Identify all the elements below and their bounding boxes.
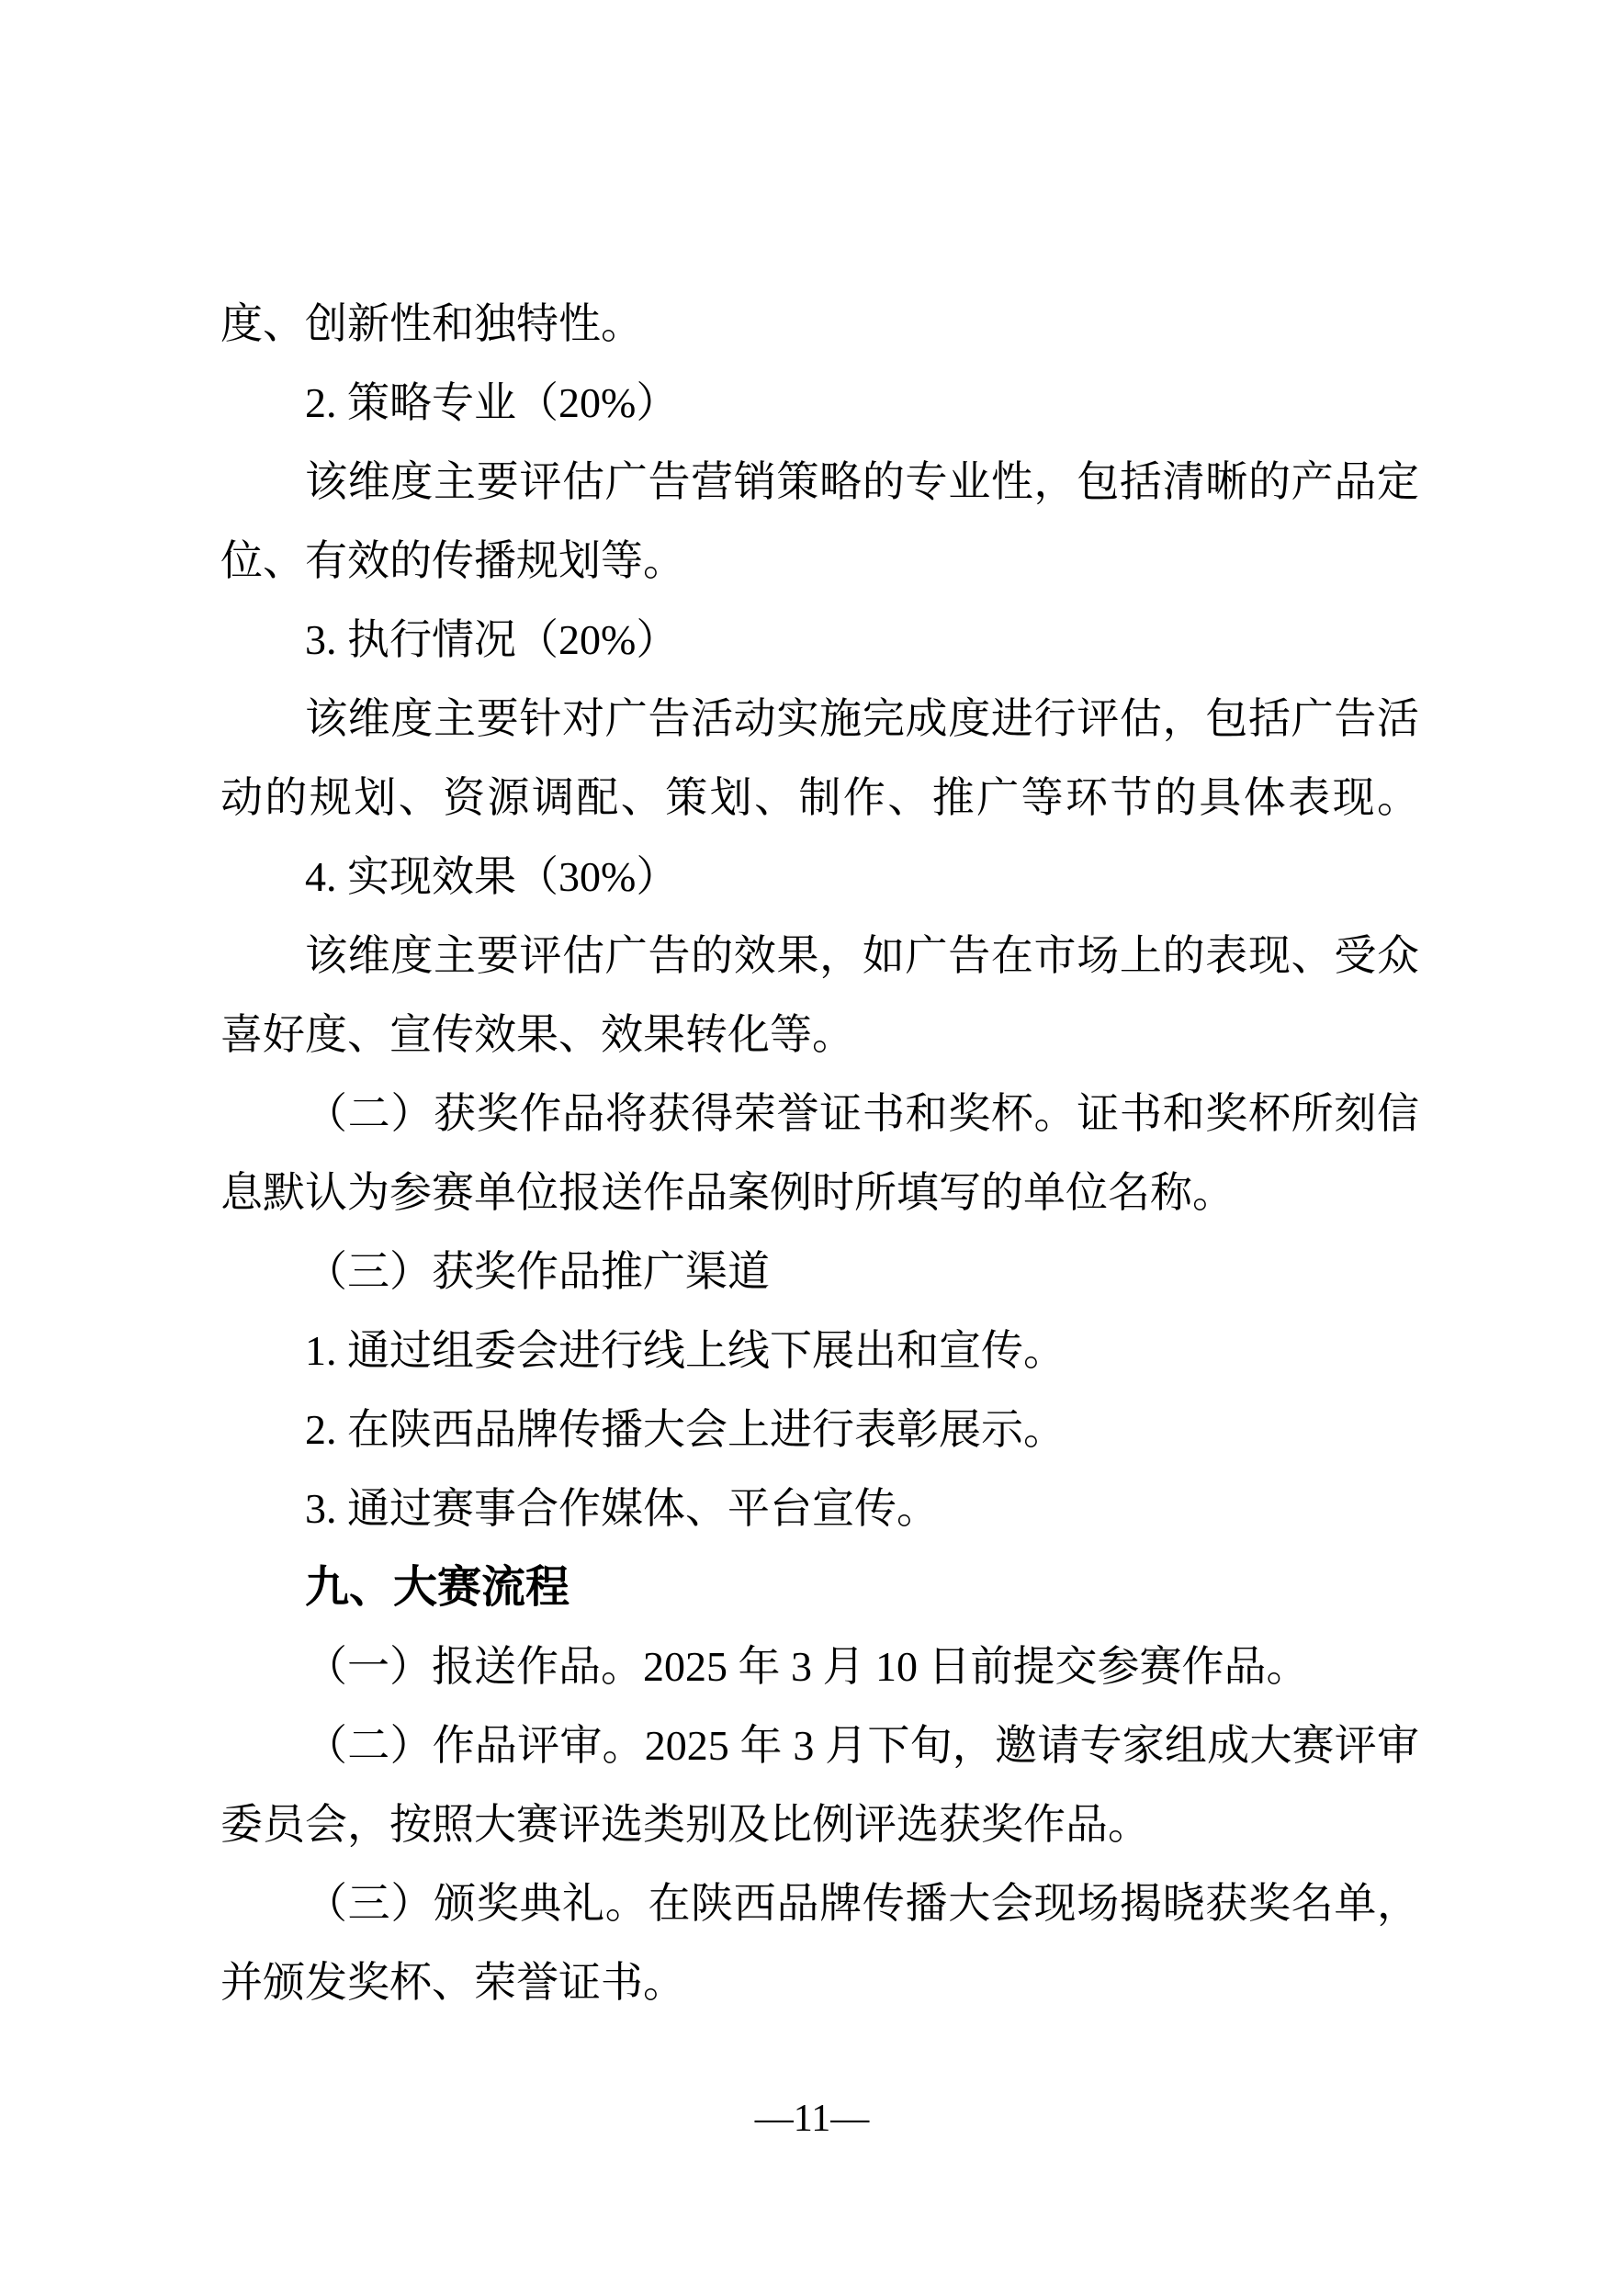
doc-line: 动的规划、资源调配、策划、制作、推广等环节的具体表现。	[220, 759, 1419, 838]
doc-line: 度、创新性和独特性。	[220, 285, 1419, 364]
doc-line: 委员会，按照大赛评选类别及比例评选获奖作品。	[220, 1785, 1419, 1864]
doc-line: （三）颁奖典礼。在陕西品牌传播大会现场揭晓获奖名单，	[220, 1864, 1419, 1943]
doc-line: 该维度主要评估广告营销策略的专业性，包括清晰的产品定	[220, 443, 1419, 522]
doc-line: （二）获奖作品将获得荣誉证书和奖杯。证书和奖杯所刻信	[220, 1075, 1419, 1154]
doc-line: （三）获奖作品推广渠道	[220, 1232, 1419, 1311]
doc-line: （一）报送作品。2025 年 3 月 10 日前提交参赛作品。	[220, 1627, 1419, 1706]
doc-line: 并颁发奖杯、荣誉证书。	[220, 1943, 1419, 2022]
doc-line: 2. 在陕西品牌传播大会上进行表彰展示。	[220, 1390, 1419, 1469]
document-page: 度、创新性和独特性。 2. 策略专业（20%） 该维度主要评估广告营销策略的专业…	[0, 0, 1624, 2296]
doc-line: 1. 通过组委会进行线上线下展出和宣传。	[220, 1311, 1419, 1390]
doc-line: 2. 策略专业（20%）	[220, 364, 1419, 443]
section-heading: 九、大赛流程	[220, 1548, 1419, 1627]
doc-line: 3. 执行情况（20%）	[220, 601, 1419, 680]
page-number: —11—	[0, 2096, 1624, 2142]
doc-line: 该维度主要针对广告活动实施完成度进行评估，包括广告活	[220, 680, 1419, 759]
doc-line: 4. 实现效果（30%）	[220, 838, 1419, 917]
doc-line: 该维度主要评估广告的效果，如广告在市场上的表现、受众	[220, 917, 1419, 996]
document-body: 度、创新性和独特性。 2. 策略专业（20%） 该维度主要评估广告营销策略的专业…	[220, 285, 1419, 2022]
doc-line: 位、有效的传播规划等。	[220, 522, 1419, 601]
doc-line: （二）作品评审。2025 年 3 月下旬，邀请专家组成大赛评审	[220, 1706, 1419, 1785]
doc-line: 息默认为参赛单位报送作品案例时所填写的单位名称。	[220, 1154, 1419, 1232]
doc-line: 喜好度、宣传效果、效果转化等。	[220, 996, 1419, 1075]
doc-line: 3. 通过赛事合作媒体、平台宣传。	[220, 1469, 1419, 1548]
